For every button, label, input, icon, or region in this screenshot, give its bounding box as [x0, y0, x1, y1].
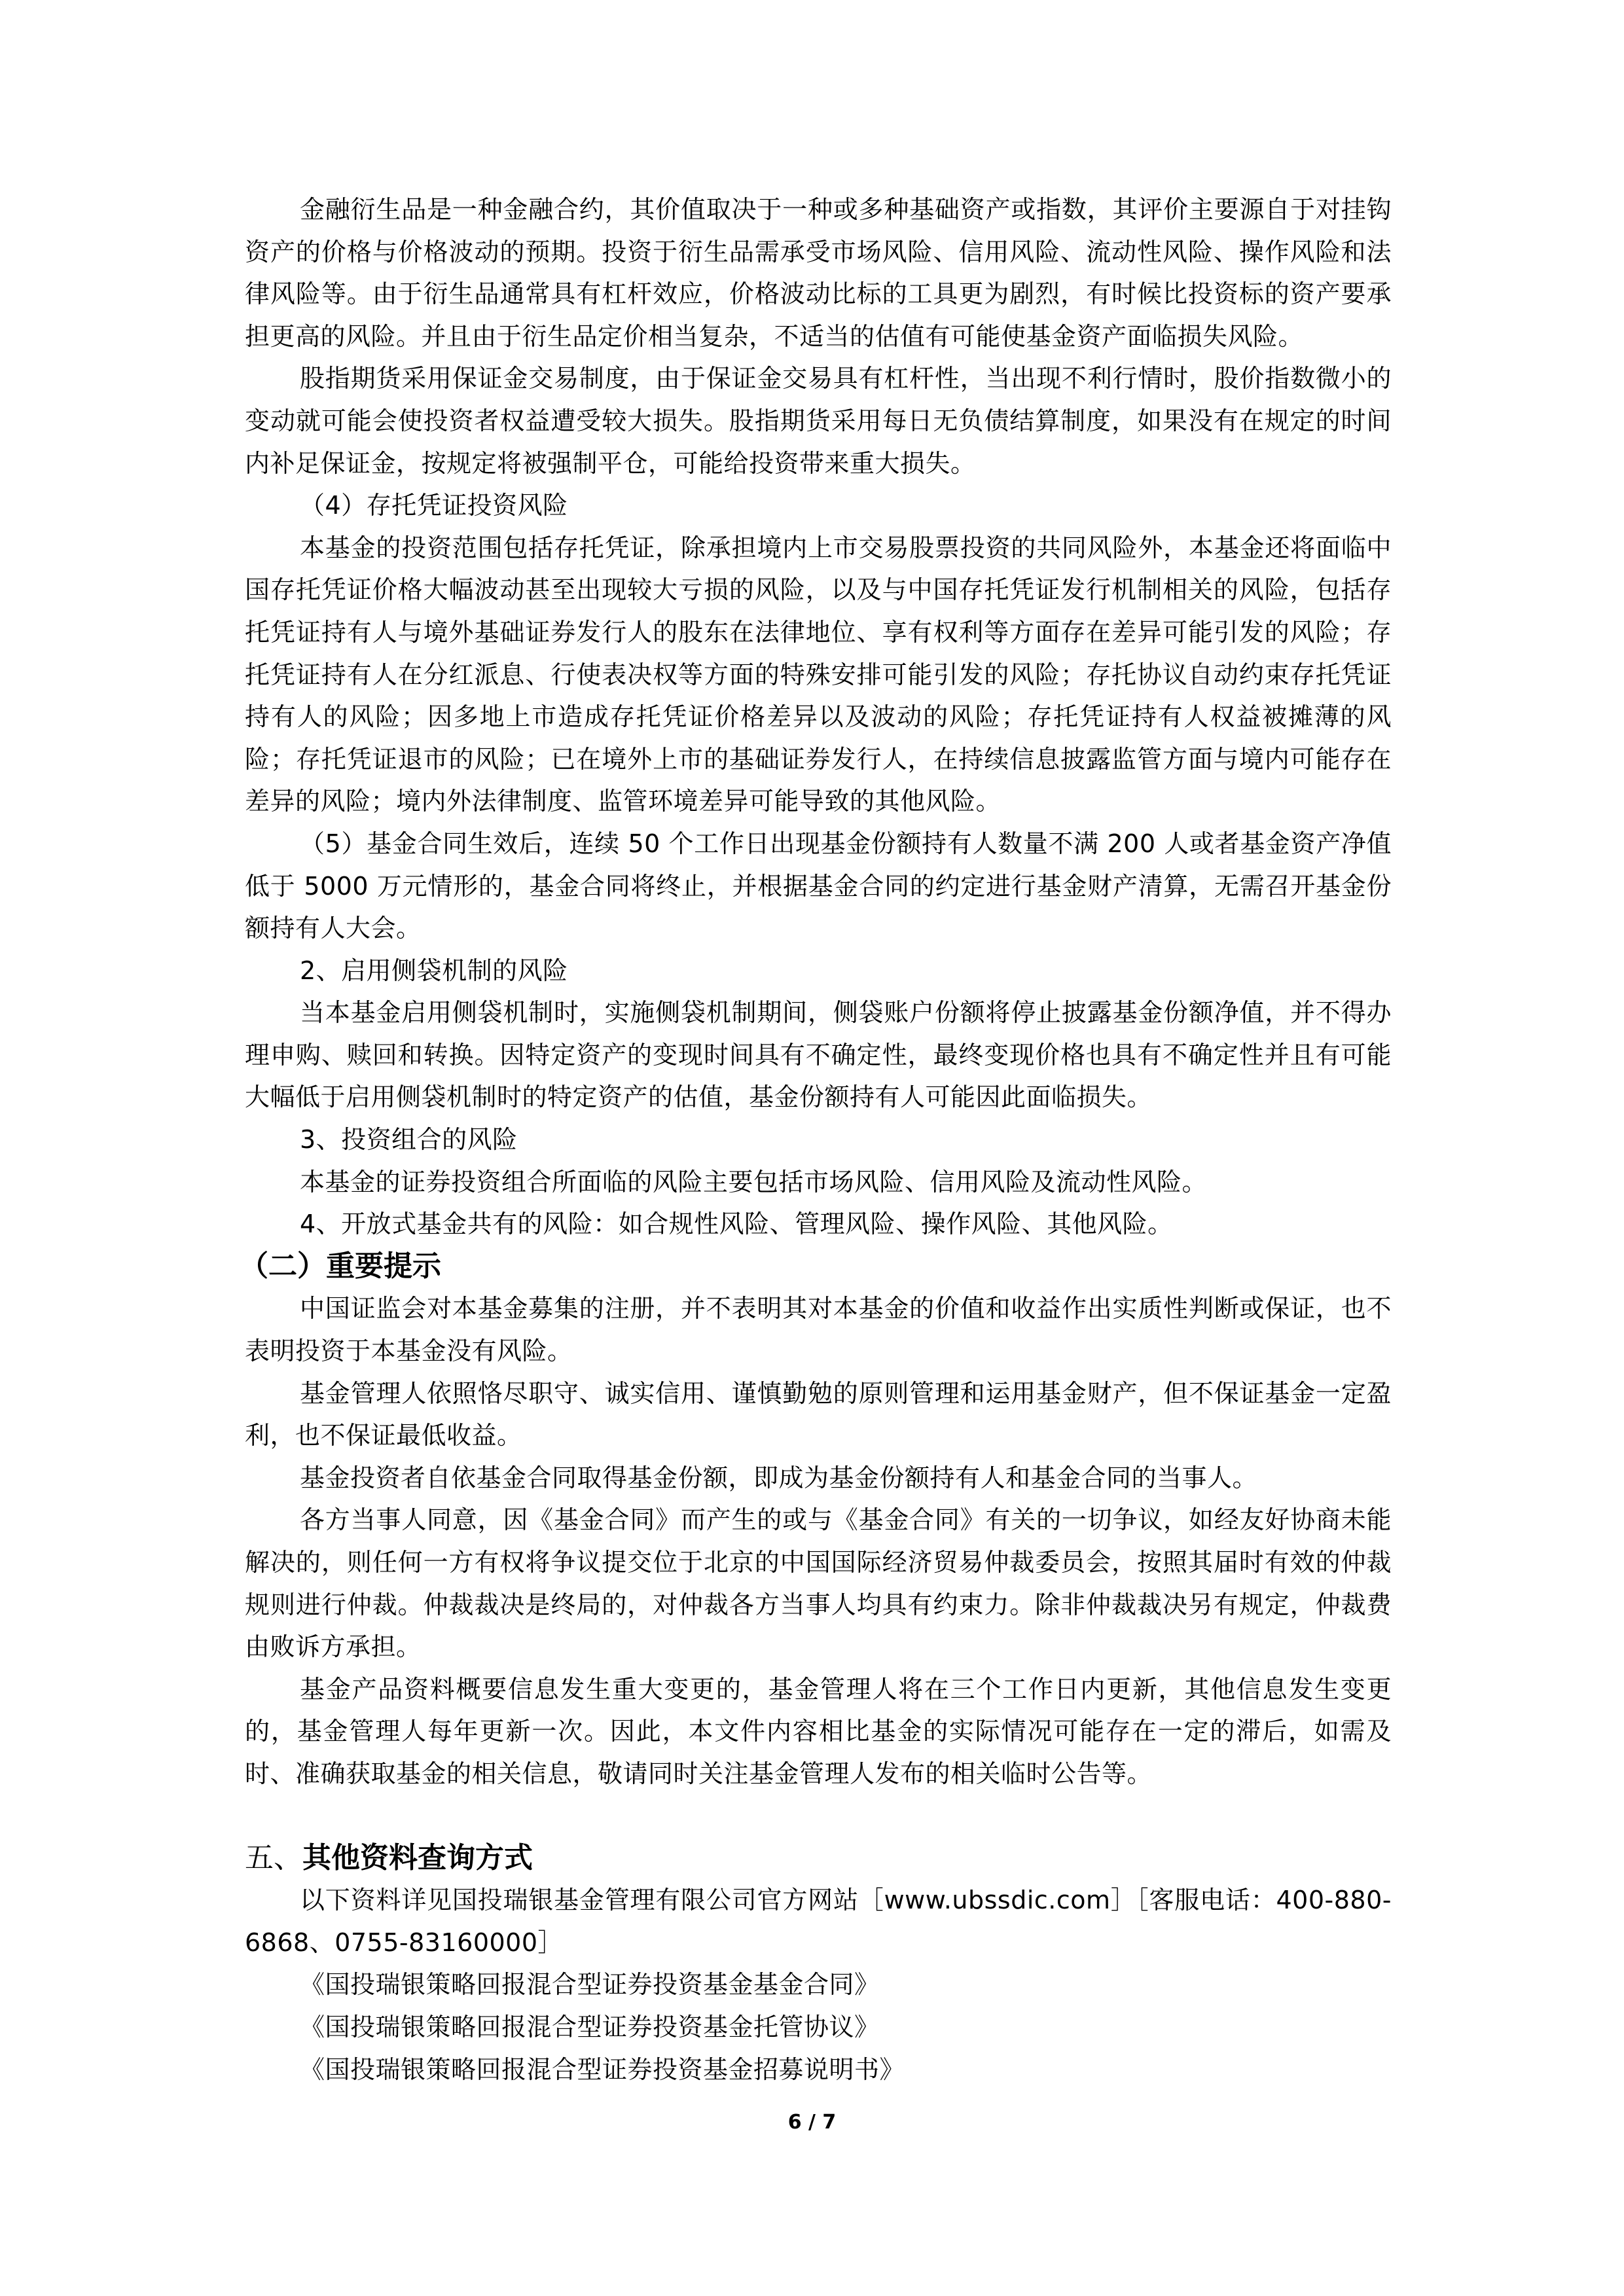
- paragraph-info-sources: 以下资料详见国投瑞银基金管理有限公司官方网站［www.ubssdic.com］［…: [245, 1879, 1392, 1964]
- subheading-depositary-risk: （4）存托凭证投资风险: [245, 484, 1392, 527]
- paragraph-manager-duty: 基金管理人依照恪尽职守、诚实信用、谨慎勤勉的原则管理和运用基金财产，但不保证基金…: [245, 1372, 1392, 1457]
- paragraph-update-notice: 基金产品资料概要信息发生重大变更的，基金管理人将在三个工作日内更新，其他信息发生…: [245, 1668, 1392, 1795]
- doc-link-prospectus: 《国投瑞银策略回报混合型证券投资基金招募说明书》: [245, 2049, 1392, 2091]
- document-page: 金融衍生品是一种金融合约，其价值取决于一种或多种基础资产或指数，其评价主要源自于…: [245, 188, 1392, 2090]
- section-heading-important-notice: （二）重要提示: [240, 1246, 1392, 1288]
- paragraph-portfolio-risk: 本基金的证券投资组合所面临的风险主要包括市场风险、信用风险及流动性风险。: [245, 1161, 1392, 1204]
- section-number: 五、: [245, 1841, 302, 1874]
- section-title: 其他资料查询方式: [302, 1841, 533, 1874]
- paragraph-derivatives: 金融衍生品是一种金融合约，其价值取决于一种或多种基础资产或指数，其评价主要源自于…: [245, 188, 1392, 357]
- doc-link-custody-agreement: 《国投瑞银策略回报混合型证券投资基金托管协议》: [245, 2006, 1392, 2049]
- paragraph-investor-party: 基金投资者自依基金合同取得基金份额，即成为基金份额持有人和基金合同的当事人。: [245, 1457, 1392, 1499]
- paragraph-csrc-registration: 中国证监会对本基金募集的注册，并不表明其对本基金的价值和收益作出实质性判断或保证…: [245, 1287, 1392, 1372]
- section-heading-other-info: 五、其他资料查询方式: [245, 1837, 1392, 1880]
- subheading-side-pocket-risk: 2、启用侧袋机制的风险: [245, 950, 1392, 992]
- paragraph-index-futures: 股指期货采用保证金交易制度，由于保证金交易具有杠杆性，当出现不利行情时，股价指数…: [245, 357, 1392, 484]
- doc-link-fund-contract: 《国投瑞银策略回报混合型证券投资基金基金合同》: [245, 1964, 1392, 2006]
- paragraph-contract-termination: （5）基金合同生效后，连续 50 个工作日出现基金份额持有人数量不满 200 人…: [245, 823, 1392, 950]
- section-spacer: [245, 1795, 1392, 1837]
- paragraph-depositary-risk: 本基金的投资范围包括存托凭证，除承担境内上市交易股票投资的共同风险外，本基金还将…: [245, 527, 1392, 823]
- page-number: 6 / 7: [0, 2111, 1624, 2134]
- paragraph-arbitration: 各方当事人同意，因《基金合同》而产生的或与《基金合同》有关的一切争议，如经友好协…: [245, 1499, 1392, 1668]
- subheading-portfolio-risk: 3、投资组合的风险: [245, 1119, 1392, 1161]
- item-open-fund-risk: 4、开放式基金共有的风险：如合规性风险、管理风险、操作风险、其他风险。: [245, 1203, 1392, 1246]
- paragraph-side-pocket-risk: 当本基金启用侧袋机制时，实施侧袋机制期间，侧袋账户份额将停止披露基金份额净值，并…: [245, 992, 1392, 1119]
